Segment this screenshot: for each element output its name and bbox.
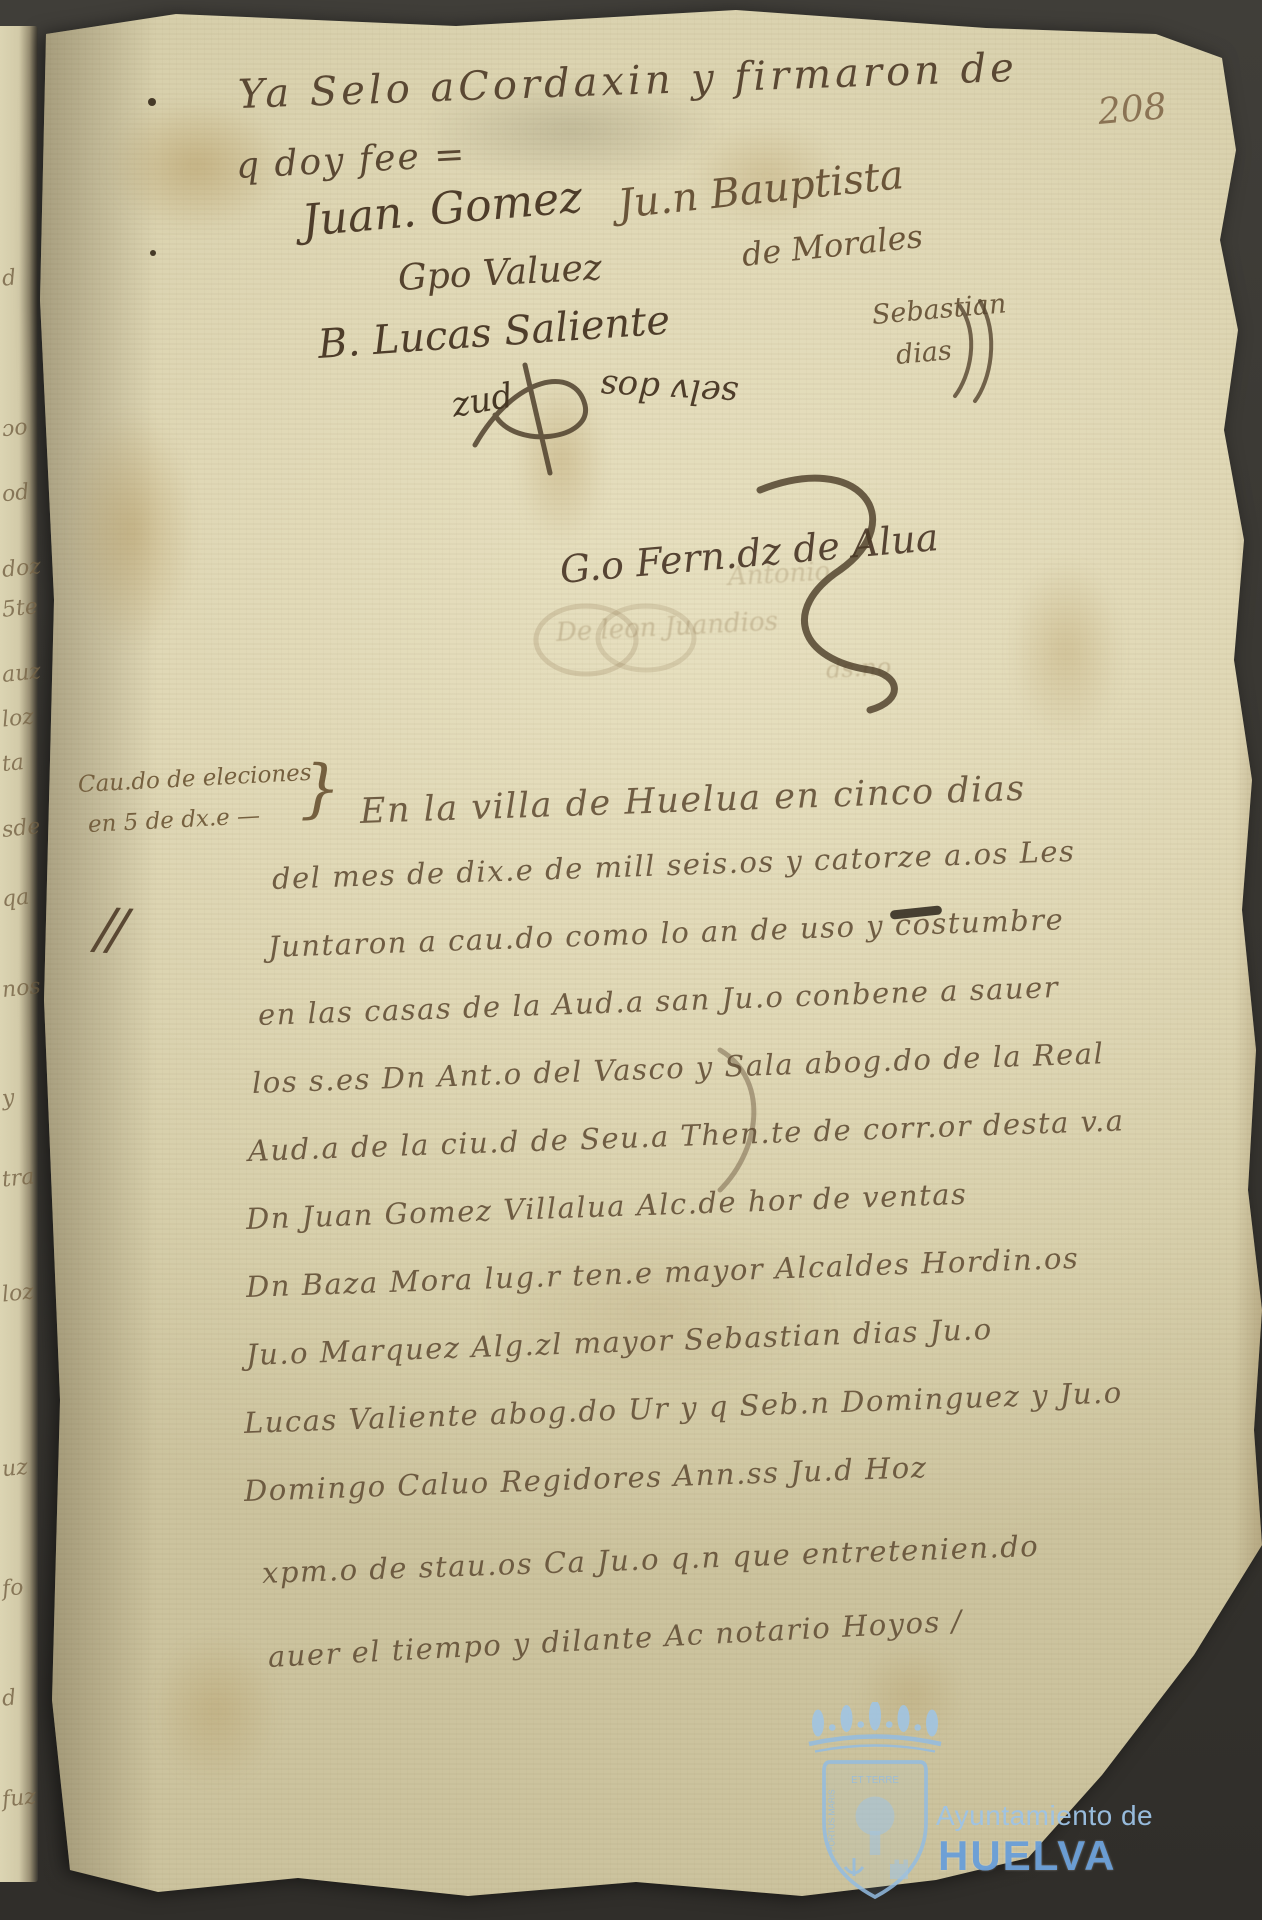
paper-stain xyxy=(42,360,222,700)
body-line: Juntaron a cau.do como lo an de uso y co… xyxy=(267,902,1064,964)
spine-fragment: d xyxy=(1,1685,18,1711)
signature: Gpo Valuez xyxy=(397,247,603,299)
body-line: xpm.o de stau.os Ca Ju.o q.n que entrete… xyxy=(261,1529,1039,1590)
signature: B. Lucas Saliente xyxy=(316,297,671,367)
spine-fragment: ɔo xyxy=(1,415,29,443)
ink-dot xyxy=(148,98,156,106)
spine-fragment: tra xyxy=(1,1164,36,1192)
spine-fragment: loz xyxy=(1,704,35,732)
body-line: Dn Juan Gomez Villalua Alc.de hor de ven… xyxy=(245,1177,968,1236)
signature: de Morales xyxy=(740,217,925,274)
spine-fragment: fo xyxy=(1,1575,25,1602)
watermark-line2: HUELVA xyxy=(938,1832,1116,1880)
ink-dot xyxy=(150,250,156,256)
body-line: Lucas Valiente abog.do Ur y q Seb.n Domi… xyxy=(243,1375,1123,1440)
body-line: del mes de dix.e de mill seis.os y cator… xyxy=(271,834,1076,896)
paper-sheet-wrap: Ya Selo aCordaxin y firmaron de q doy fe… xyxy=(36,0,1262,1920)
spine-fragment: 5te xyxy=(1,594,39,623)
margin-note-line: en 5 de dx.e — xyxy=(87,803,260,838)
margin-slashes: // xyxy=(94,896,124,963)
ghost-writing: Antonio xyxy=(727,557,831,592)
signature: dias xyxy=(895,335,953,371)
previous-page-edge: d ɔo od doz 5te auz loz ta sde qa nos y … xyxy=(0,26,38,1882)
body-line: Aud.a de la ciu.d de Seu.a Then.te de co… xyxy=(247,1103,1125,1168)
body-line: En la villa de Huelua en cinco dias xyxy=(359,769,1026,832)
signature: Ju.n Bauptista xyxy=(616,152,906,228)
body-line: en las casas de la Aud.a san Ju.o conben… xyxy=(257,970,1059,1032)
spine-fragment: y xyxy=(1,1085,16,1111)
body-line: los s.es Dn Ant.o del Vasco y Sala abog.… xyxy=(251,1036,1104,1100)
closing-line: Ya Selo aCordaxin y firmaron de xyxy=(237,45,1018,118)
paper-stain xyxy=(126,1600,306,1820)
inverted-scribble: selv dos xyxy=(599,366,739,413)
body-line: auer el tiempo y dilante Ac notario Hoyo… xyxy=(267,1604,964,1674)
closing-line: q doy fee = xyxy=(235,134,467,187)
spine-fragment: qa xyxy=(1,885,31,913)
scanned-manuscript-page: d ɔo od doz 5te auz loz ta sde qa nos y … xyxy=(0,0,1262,1920)
shield-top-text: ET TERRE xyxy=(851,1775,899,1786)
shield-left-text: PORTUS MARIS xyxy=(828,1789,837,1852)
body-line: Dn Baza Mora lug.r ten.e mayor Alcaldes … xyxy=(245,1241,1079,1304)
signature: Sebastian xyxy=(871,288,1008,331)
paper-sheet: Ya Selo aCordaxin y firmaron de q doy fe… xyxy=(36,0,1262,1920)
body-line: Ju.o Marquez Alg.zl mayor Sebastian dias… xyxy=(245,1312,993,1372)
signature: Juan. Gomez xyxy=(300,172,584,247)
spine-fragment: ta xyxy=(1,750,25,777)
spine-fragment: od xyxy=(1,480,31,508)
spine-fragment: fuz xyxy=(1,1784,37,1812)
spine-fragment: loz xyxy=(1,1279,35,1307)
paper-stain xyxy=(986,520,1146,780)
body-line: Domingo Caluo Regidores Ann.ss Ju.d Hoz xyxy=(243,1450,928,1508)
ghost-writing: De leon Juandios xyxy=(555,606,778,648)
spine-fragment: d xyxy=(1,265,18,291)
ghost-writing: ds.no xyxy=(825,653,892,684)
watermark-line1: Ayuntamiento de xyxy=(936,1800,1153,1832)
spine-fragment: uz xyxy=(1,1455,29,1483)
signature-rubric-text: zud xyxy=(449,376,517,426)
margin-brace: } xyxy=(300,752,341,826)
margin-note-line: Cau.do de eleciones xyxy=(77,760,312,798)
huelva-coat-of-arms-icon: ET TERRE PORTUS MARIS xyxy=(800,1702,950,1912)
folio-number: 208 xyxy=(1096,86,1168,133)
